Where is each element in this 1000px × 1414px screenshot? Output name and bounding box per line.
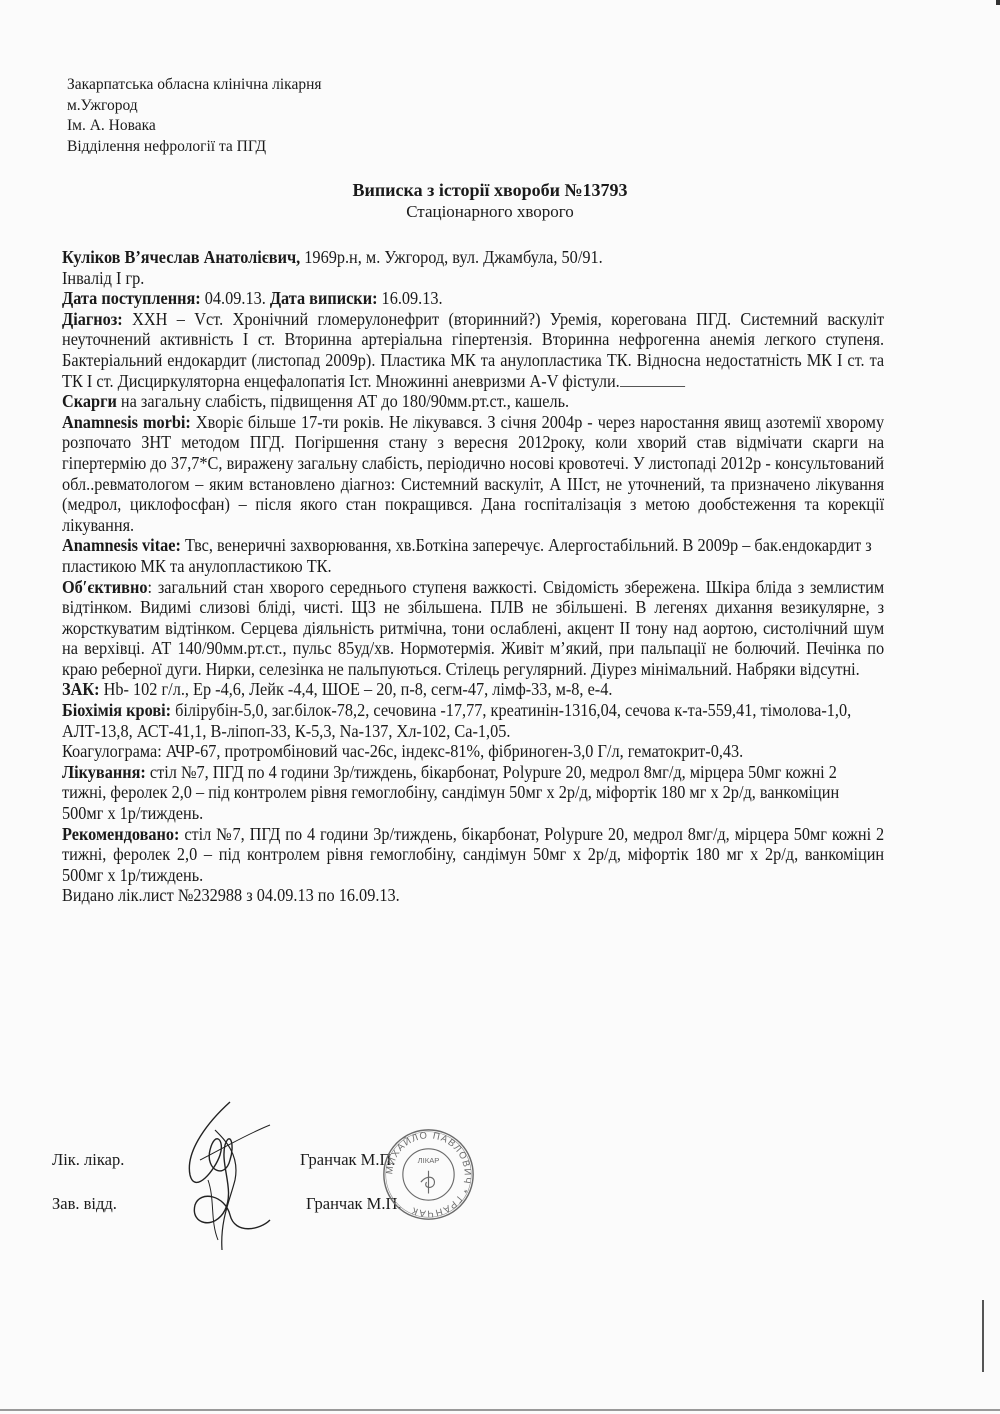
biochemistry-label: Біохімія крові: [62, 700, 171, 720]
anamnesis-vitae-label: Anamnesis vitae: [62, 535, 181, 555]
document-title: Виписка з історії хвороби №13793 [0, 179, 1000, 201]
svg-text:ЛІКАР: ЛІКАР [418, 1156, 440, 1165]
discharge-date-label: Дата виписки: [270, 288, 378, 308]
diagnosis-label: Діагноз: [62, 309, 123, 329]
complaints-label: Скарги [62, 391, 117, 411]
biochemistry-text: білірубін-5,0, заг.білок-78,2, сечовина … [62, 700, 851, 741]
institution-header: Закарпатська обласна клінічна лікарня м.… [67, 75, 322, 157]
scan-artifact-bottom-edge [0, 1409, 1000, 1411]
doctor-seal-stamp-icon: МИХАЙЛО ПАВЛОВИЧ * ГРАНЧАК ЛІКАР [381, 1127, 476, 1222]
handwritten-signature-icon [170, 1100, 290, 1260]
sick-leave-line: Видано лік.лист №232988 з 04.09.13 по 16… [62, 885, 884, 906]
diagnosis-section: Діагноз: ХХН – Vст. Хронічний гломерулон… [62, 309, 884, 391]
objective-label: Об′єктивно [62, 577, 147, 597]
biochemistry-section: Біохімія крові: білірубін-5,0, заг.білок… [62, 700, 884, 741]
patient-line: Куліков В’ячеслав Анатолієвич, 1969р.н, … [62, 247, 884, 268]
scan-artifact-corner [996, 0, 1000, 5]
scanned-document-page: Закарпатська обласна клінічна лікарня м.… [0, 0, 1000, 1414]
anamnesis-morbi-label: Anamnesis morbi: [62, 412, 191, 432]
discharge-date-value: 16.09.13. [377, 288, 442, 308]
cbc-label: ЗАК: [62, 679, 100, 699]
patient-disability: Інвалід I гр. [62, 268, 884, 289]
institution-name: Закарпатська обласна клінічна лікарня [67, 75, 322, 96]
recommendations-label: Рекомендовано: [62, 824, 179, 844]
patient-name: Куліков В’ячеслав Анатолієвич, [62, 247, 300, 267]
complaints-text: на загальну слабість, підвищення АТ до 1… [117, 391, 569, 411]
recommendations-section: Рекомендовано: стіл №7, ПГД по 4 години … [62, 824, 884, 886]
recommendations-text: стіл №7, ПГД по 4 години 3р/тиждень, бік… [62, 824, 884, 885]
objective-section: Об′єктивно: загальний стан хворого серед… [62, 577, 884, 680]
department-name: Відділення нефрології та ПГД [67, 137, 322, 158]
anamnesis-vitae-text: Твс, венеричні захворювання, хв.Боткіна … [62, 535, 872, 576]
treatment-text: стіл №7, ПГД по 4 години 3р/тиждень, бік… [62, 762, 839, 823]
attending-physician-label: Лік. лікар. [52, 1150, 124, 1170]
treatment-section: Лікування: стіл №7, ПГД по 4 години 3р/т… [62, 762, 884, 824]
institution-named-after: Ім. А. Новака [67, 116, 322, 137]
coagulogram-section: Коагулограма: АЧР-67, протромбіновий час… [62, 741, 884, 762]
anamnesis-vitae-section: Anamnesis vitae: Твс, венеричні захворюв… [62, 535, 884, 576]
document-title-block: Виписка з історії хвороби №13793 Стаціон… [0, 179, 1000, 223]
treatment-label: Лікування: [62, 762, 146, 782]
institution-city: м.Ужгород [67, 96, 322, 117]
cbc-section: ЗАК: Hb- 102 г/л., Ер -4,6, Лейк -4,4, Ш… [62, 679, 884, 700]
admission-date-label: Дата поступлення: [62, 288, 201, 308]
document-subtitle: Стаціонарного хворого [0, 201, 1000, 223]
head-of-department-label: Зав. відд. [52, 1194, 117, 1214]
diagnosis-text: ХХН – Vст. Хронічний гломерулонефрит (вт… [62, 309, 884, 391]
admission-date-value: 04.09.13. [201, 288, 270, 308]
document-body: Куліков В’ячеслав Анатолієвич, 1969р.н, … [62, 247, 826, 906]
patient-details: 1969р.н, м. Ужгород, вул. Джамбула, 50/9… [300, 247, 602, 267]
cbc-text: Hb- 102 г/л., Ер -4,6, Лейк -4,4, ШОЕ – … [100, 679, 613, 699]
dates-line: Дата поступлення: 04.09.13. Дата виписки… [62, 288, 884, 309]
underline-rule [620, 385, 685, 387]
complaints-section: Скарги на загальну слабість, підвищення … [62, 391, 884, 412]
scan-artifact-vertical-line [982, 1300, 984, 1372]
anamnesis-morbi-section: Anamnesis morbi: Хворіє більше 17-ти рок… [62, 412, 884, 536]
objective-text: : загальний стан хворого середнього ступ… [62, 577, 884, 679]
